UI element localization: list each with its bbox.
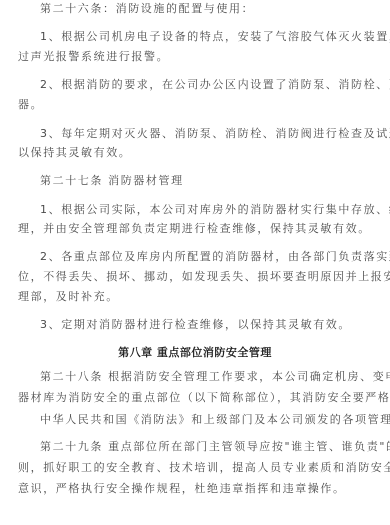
- text-line: 第二十九条 重点部位所在部门主管领导应按"谁主管、谁负责"的原: [40, 440, 390, 454]
- chapter-heading: 第八章 重点部位消防安全管理: [0, 346, 390, 360]
- text-line: 第二十八条 根据消防安全管理工作要求，本公司确定机房、变电室、: [40, 370, 390, 384]
- text-line: 器。: [18, 98, 43, 112]
- text-line: 器材库为消防安全的重点部位（以下简称部位），其消防安全要严格执行: [18, 391, 390, 405]
- text-line: 3、每年定期对灭火器、消防泵、消防栓、消防阀进行检查及试运行，: [40, 127, 390, 141]
- text-line: 1、根据公司实际，本公司对库房外的消防器材实行集中存放、统一管: [40, 203, 390, 217]
- text-line: 理，并由安全管理部负责定期进行检查维修，保持其灵敏有效。: [18, 222, 371, 236]
- text-line: 中华人民共和国《消防法》和上级部门及本公司颁发的各项管理制度。: [40, 413, 390, 427]
- text-line: 2、根据消防的要求，在公司办公区内设置了消防泵、消防栓、灭火: [40, 78, 390, 92]
- text-line: 则，抓好职工的安全教育、技术培训，提高人员专业素质和消防安全防范: [18, 461, 390, 475]
- text-line: 位，不得丢失、损坏、挪动，如发现丢失、损坏要查明原因并上报安全管: [18, 270, 390, 284]
- text-line: 意识，严格执行安全操作规程，杜绝违章指挥和违章操作。: [18, 482, 346, 496]
- text-line: 第二十六条：消防设施的配置与使用：: [40, 2, 254, 16]
- text-line: 1、根据公司机房电子设备的特点，安装了气溶胶气体灭火装置，其通: [40, 30, 390, 44]
- text-line: 以保持其灵敏有效。: [18, 146, 131, 160]
- text-line: 2、各重点部位及库房内所配置的消防器材，由各部门负责落实到岗: [40, 250, 390, 264]
- text-line: 理部，及时补充。: [18, 290, 119, 304]
- text-line: 第二十七条 消防器材管理: [40, 174, 184, 188]
- text-line: 3、定期对消防器材进行检查维修，以保持其灵敏有效。: [40, 318, 351, 332]
- text-line: 过声光报警系统进行报警。: [18, 50, 169, 64]
